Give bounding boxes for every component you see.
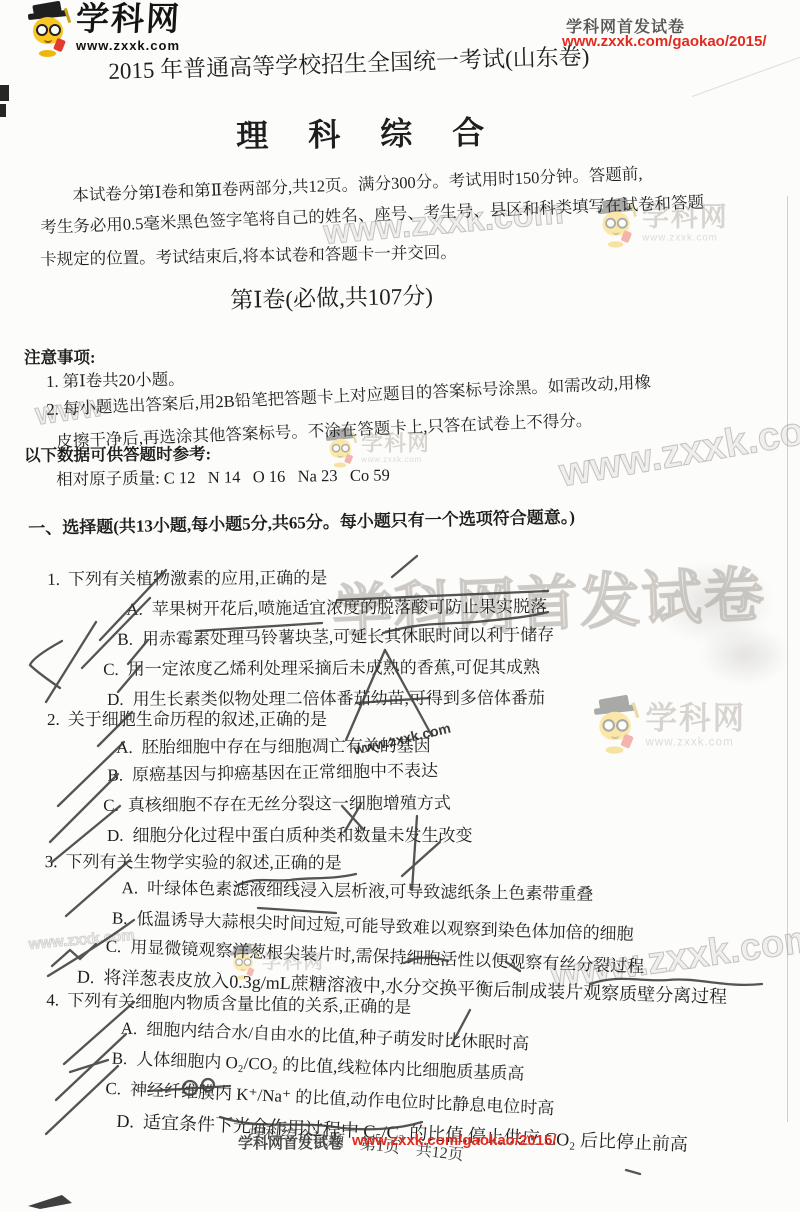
footer-watermark-tagline: 学科网首发试卷 [238, 1132, 343, 1153]
subject-title: 理 科 综 合 [236, 112, 501, 156]
logo-site-url: www.zxxk.com [76, 38, 181, 53]
question-number: 2. [47, 710, 60, 729]
question-number: 4. [46, 991, 59, 1010]
zxxk-logo-watermark: 学科网www.zxxk.com [594, 696, 746, 755]
watermark-url: www.zxxk.com [556, 403, 800, 496]
notice-item: 1. 第Ⅰ卷共20小题。 [46, 370, 185, 393]
option-label: D. [116, 1110, 134, 1131]
section-heading: 一、选择题(共13小题,每小题5分,共65分。每小题只有一个选项符合题意。) [28, 507, 575, 540]
question-number: 1. [47, 570, 60, 589]
zxxk-logo: 学科网 www.zxxk.com [28, 2, 181, 58]
atomic-masses: 相对原子质量: C 12 N 14 O 16 Na 23 Co 59 [56, 465, 390, 490]
footer-watermark-url: www.zxxk.com/gaokao/2015/ [352, 1132, 557, 1149]
scan-speck [0, 104, 6, 117]
watermark-site-url: www.zxxk.com [645, 736, 746, 749]
intro-line: 卡规定的位置。考试结束后,将本试卷和答题卡一并交回。 [40, 243, 457, 271]
question-number: 3. [45, 852, 58, 871]
reference-intro: 以下数据可供答题时参考: [24, 444, 211, 466]
notice-heading: 注意事项: [24, 348, 96, 369]
watermark-site-url: www.zxxk.com [642, 232, 728, 243]
logo-site-name: 学科网 [75, 2, 182, 37]
scan-speck [0, 85, 9, 101]
zxxk-mascot-icon [28, 2, 72, 58]
part1-heading: 第Ⅰ卷(必做,共107分) [230, 282, 433, 315]
watermark-site-url: www.zxxk.com [361, 455, 430, 464]
scanned-exam-page: www.zxxk.com www.zxxk.com WWW www.zxxk.c… [0, 0, 800, 1212]
watermark-site-name: 学科网 [645, 703, 746, 736]
header-url: www.zxxk.com/gaokao/2015/ [562, 33, 767, 50]
zxxk-mascot-icon [594, 696, 640, 755]
page-crease-line [692, 55, 800, 97]
